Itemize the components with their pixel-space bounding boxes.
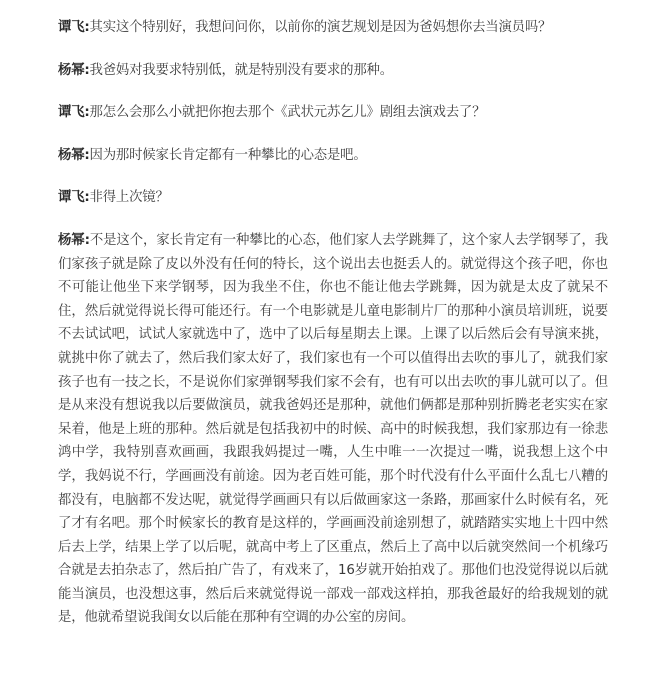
dialogue-text: 非得上次镜？ (90, 190, 169, 205)
dialogue-line-3: 谭飞:那怎么会那么小就把你抱去那个《武状元苏乞儿》剧组去演戏去了？ (58, 101, 608, 125)
interview-transcript: 谭飞:其实这个特别好，我想问问你，以前你的演艺规划是因为爸妈想你去当演员吗？ 杨… (58, 16, 608, 630)
dialogue-line-4: 杨幂:因为那时候家长肯定都有一种攀比的心态是吧。 (58, 144, 608, 168)
dialogue-text: 因为那时候家长肯定都有一种攀比的心态是吧。 (90, 148, 367, 163)
dialogue-line-5: 谭飞:非得上次镜？ (58, 186, 608, 210)
dialogue-text: 那怎么会那么小就把你抱去那个《武状元苏乞儿》剧组去演戏去了？ (90, 105, 486, 120)
speaker-label: 谭飞: (58, 105, 90, 120)
dialogue-line-6: 杨幂:不是这个，家长肯定有一种攀比的心态，他们家人去学跳舞了，这个家人去学钢琴了… (58, 229, 608, 630)
dialogue-text: 我爸妈对我要求特别低，就是特别没有要求的那种。 (90, 63, 393, 78)
dialogue-line-2: 杨幂:我爸妈对我要求特别低，就是特别没有要求的那种。 (58, 59, 608, 83)
dialogue-line-1: 谭飞:其实这个特别好，我想问问你，以前你的演艺规划是因为爸妈想你去当演员吗？ (58, 16, 608, 40)
speaker-label: 杨幂: (58, 233, 90, 248)
speaker-label: 杨幂: (58, 63, 90, 78)
speaker-label: 杨幂: (58, 148, 90, 163)
dialogue-text: 其实这个特别好，我想问问你，以前你的演艺规划是因为爸妈想你去当演员吗？ (90, 20, 552, 35)
dialogue-text: 不是这个，家长肯定有一种攀比的心态，他们家人去学跳舞了，这个家人去学钢琴了，我们… (58, 233, 608, 626)
speaker-label: 谭飞: (58, 20, 90, 35)
speaker-label: 谭飞: (58, 190, 90, 205)
